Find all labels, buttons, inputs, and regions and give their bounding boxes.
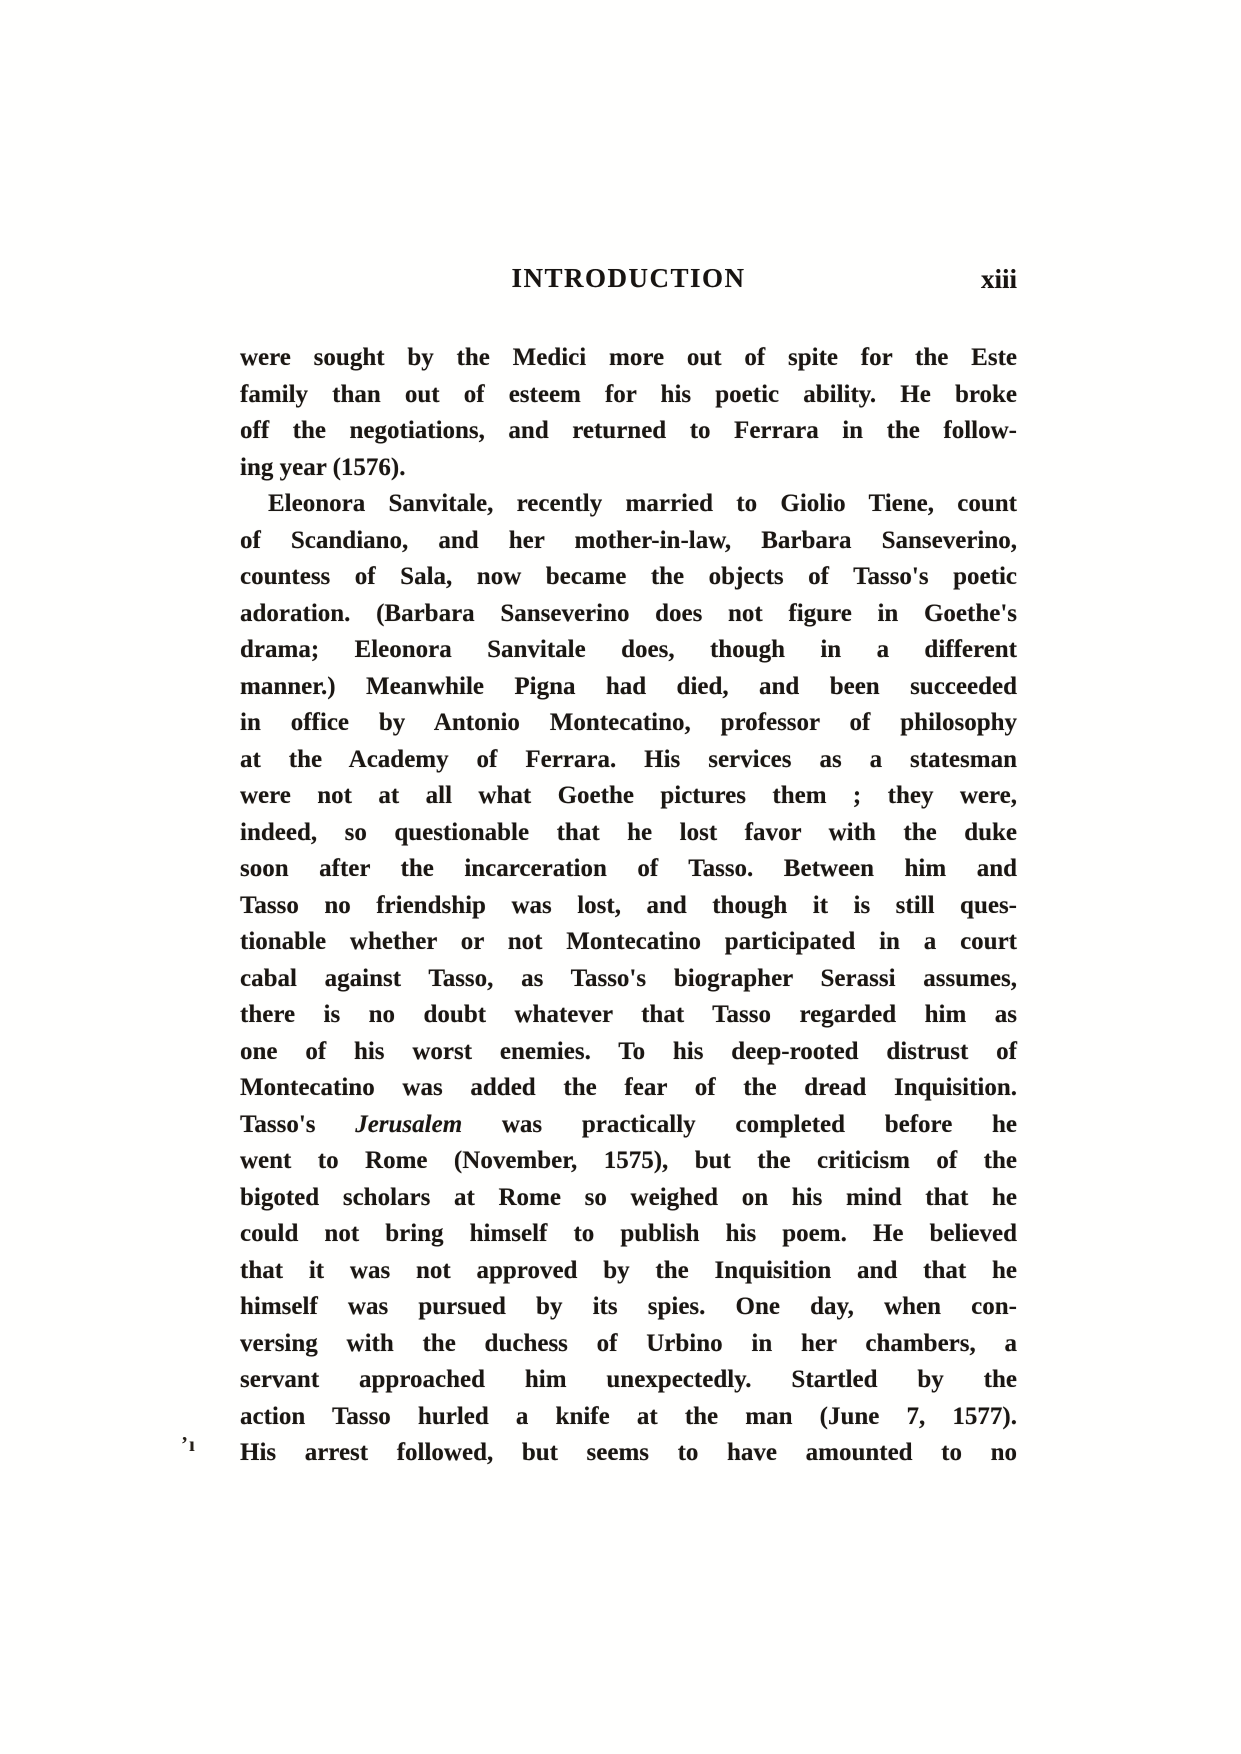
text-line: bigoted scholars at Rome so weighed on h… [240, 1180, 1017, 1217]
text-line: off the negotiations, and returned to Fe… [240, 413, 1017, 450]
text-line: cabal against Tasso, as Tasso's biograph… [240, 961, 1017, 998]
text-line: in office by Antonio Montecatino, profes… [240, 705, 1017, 742]
text-line: himself was pursued by its spies. One da… [240, 1289, 1017, 1326]
text-line: family than out of esteem for his poetic… [240, 377, 1017, 414]
text-line: Montecatino was added the fear of the dr… [240, 1070, 1017, 1107]
italic-book-title: Jerusalem [355, 1111, 462, 1138]
text-line: Tasso's Jerusalem was practically comple… [240, 1107, 1017, 1144]
text-line: were not at all what Goethe pictures the… [240, 778, 1017, 815]
text-line: Tasso no friendship was lost, and though… [240, 888, 1017, 925]
body-text-block: were sought by the Medici more out of sp… [240, 340, 1017, 1472]
text-segment: was practically completed before he [462, 1111, 1017, 1138]
stray-ink-mark: ’ı [181, 1432, 196, 1457]
text-line: indeed, so questionable that he lost fav… [240, 815, 1017, 852]
text-line: soon after the incarceration of Tasso. B… [240, 851, 1017, 888]
text-line: His arrest followed, but seems to have a… [240, 1435, 1017, 1472]
text-line: of Scandiano, and her mother-in-law, Bar… [240, 523, 1017, 560]
text-line: manner.) Meanwhile Pigna had died, and b… [240, 669, 1017, 706]
page-number: xiii [981, 264, 1017, 295]
text-line: versing with the duchess of Urbino in he… [240, 1326, 1017, 1363]
text-line: drama; Eleonora Sanvitale does, though i… [240, 632, 1017, 669]
text-line: could not bring himself to publish his p… [240, 1216, 1017, 1253]
text-line: tionable whether or not Montecatino part… [240, 924, 1017, 961]
text-line: countess of Sala, now became the objects… [240, 559, 1017, 596]
text-line: Eleonora Sanvitale, recently married to … [240, 486, 1017, 523]
text-line: adoration. (Barbara Sanseverino does not… [240, 596, 1017, 633]
text-line: went to Rome (November, 1575), but the c… [240, 1143, 1017, 1180]
text-line: that it was not approved by the Inquisit… [240, 1253, 1017, 1290]
book-page-scan: INTRODUCTION xiii were sought by the Med… [0, 0, 1241, 1754]
text-line: at the Academy of Ferrara. His services … [240, 742, 1017, 779]
text-line: there is no doubt whatever that Tasso re… [240, 997, 1017, 1034]
text-line: ing year (1576). [240, 450, 1017, 487]
text-line: action Tasso hurled a knife at the man (… [240, 1399, 1017, 1436]
text-line: servant approached him unexpectedly. Sta… [240, 1362, 1017, 1399]
text-line: one of his worst enemies. To his deep-ro… [240, 1034, 1017, 1071]
page-header-title: INTRODUCTION [240, 263, 1017, 294]
text-line: were sought by the Medici more out of sp… [240, 340, 1017, 377]
text-segment: Tasso's [240, 1111, 355, 1138]
running-head: INTRODUCTION xiii [240, 263, 1017, 295]
